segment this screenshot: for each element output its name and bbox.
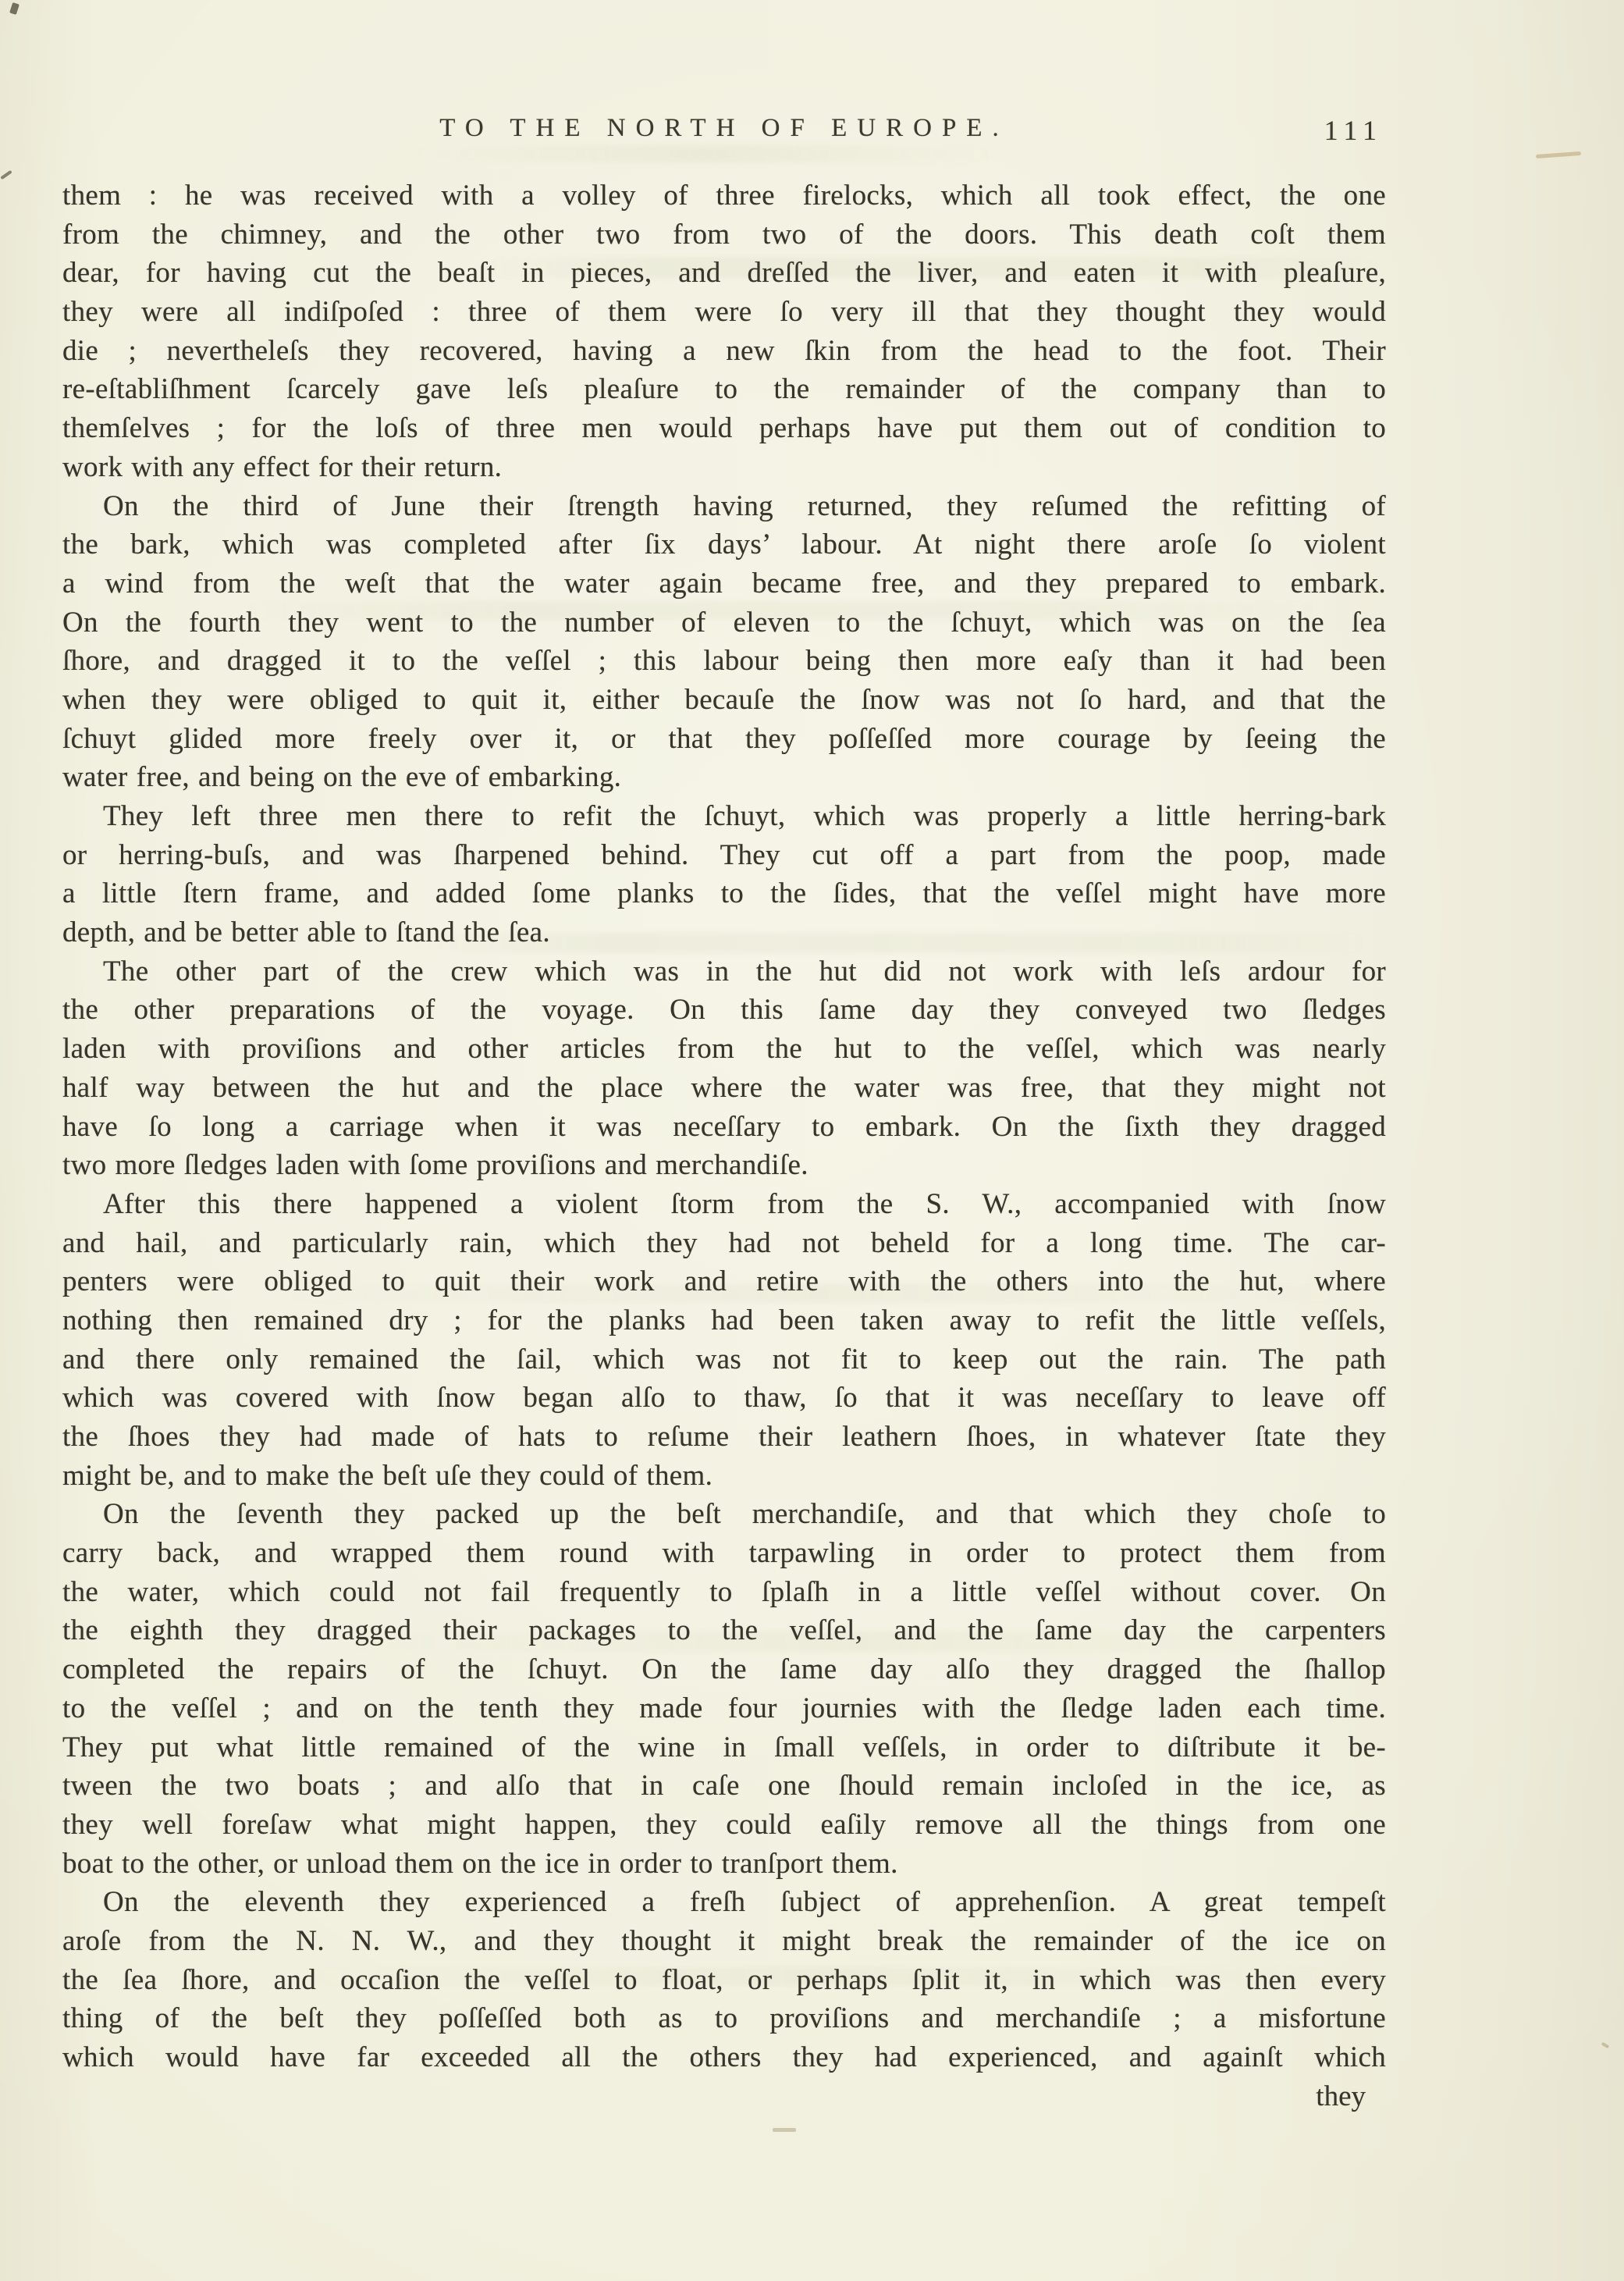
text-line: After this there happened a violent ſtor… bbox=[62, 1185, 1386, 1224]
text-line: the other preparations of the voyage. On… bbox=[62, 991, 1386, 1030]
paragraph: On the third of June their ſtrength havi… bbox=[62, 487, 1386, 798]
text-line: the eighth they dragged their packages t… bbox=[62, 1611, 1386, 1650]
text-line: penters were obliged to quit their work … bbox=[62, 1262, 1386, 1301]
margin-mark bbox=[1536, 151, 1581, 158]
text-line: to the veſſel ; and on the tenth they ma… bbox=[62, 1689, 1386, 1728]
text-line: They put what little remained of the win… bbox=[62, 1728, 1386, 1767]
text-line: a wind from the weſt that the water agai… bbox=[62, 564, 1386, 603]
text-line: On the fourth they went to the number of… bbox=[62, 603, 1386, 642]
text-line: nothing then remained dry ; for the plan… bbox=[62, 1301, 1386, 1340]
text-line: the ſea ſhore, and occaſion the veſſel t… bbox=[62, 1961, 1386, 2000]
text-line: might be, and to make the beſt uſe they … bbox=[62, 1457, 1386, 1496]
text-line: or herring-buſs, and was ſharpened behin… bbox=[62, 836, 1386, 875]
text-line: On the third of June their ſtrength havi… bbox=[62, 487, 1386, 526]
text-line: depth, and be better able to ſtand the ſ… bbox=[62, 913, 1386, 952]
text-line: the ſhoes they had made of hats to reſum… bbox=[62, 1418, 1386, 1457]
text-line: carry back, and wrapped them round with … bbox=[62, 1534, 1386, 1573]
text-line: ſhore, and dragged it to the veſſel ; th… bbox=[62, 642, 1386, 681]
text-line: laden with proviſions and other articles… bbox=[62, 1030, 1386, 1069]
text-line: half way between the hut and the place w… bbox=[62, 1069, 1386, 1108]
paragraph: After this there happened a violent ſtor… bbox=[62, 1185, 1386, 1496]
text-line: they well foreſaw what might happen, the… bbox=[62, 1806, 1386, 1845]
margin-mark bbox=[773, 2128, 796, 2132]
text-line: the water, which could not fail frequent… bbox=[62, 1573, 1386, 1612]
paragraph: them : he was received with a volley of … bbox=[62, 176, 1386, 487]
ink-speck bbox=[9, 2, 20, 15]
text-line: water free, and being on the eve of emba… bbox=[62, 758, 1386, 797]
paragraph: On the ſeventh they packed up the beſt m… bbox=[62, 1495, 1386, 1883]
text-line: the bark, which was completed after ſix … bbox=[62, 525, 1386, 564]
text-line: re-eſtabliſhment ſcarcely gave leſs plea… bbox=[62, 370, 1386, 409]
text-line: work with any effect for their return. bbox=[62, 448, 1386, 487]
text-line: when they were obliged to quit it, eithe… bbox=[62, 681, 1386, 720]
text-line: which was covered with ſnow began alſo t… bbox=[62, 1379, 1386, 1418]
paragraph: They left three men there to refit the ſ… bbox=[62, 797, 1386, 952]
text-line: a little ſtern frame, and added ſome pla… bbox=[62, 874, 1386, 913]
paragraph: On the eleventh they experienced a freſh… bbox=[62, 1883, 1386, 2076]
ink-speck bbox=[1601, 2042, 1610, 2048]
text-line: dear, for having cut the beaſt in pieces… bbox=[62, 254, 1386, 293]
book-page: TO THE NORTH OF EUROPE. 111 them : he wa… bbox=[0, 0, 1624, 2281]
running-head: TO THE NORTH OF EUROPE. 111 bbox=[62, 114, 1386, 150]
page-number: 111 bbox=[1324, 114, 1383, 147]
catchword: they bbox=[62, 2077, 1386, 2116]
text-line: On the eleventh they experienced a freſh… bbox=[62, 1883, 1386, 1922]
text-line: boat to the other, or unload them on the… bbox=[62, 1845, 1386, 1884]
page-text: them : he was received with a volley of … bbox=[62, 176, 1386, 2116]
ink-speck bbox=[0, 170, 12, 180]
text-line: tween the two boats ; and alſo that in c… bbox=[62, 1767, 1386, 1806]
running-title: TO THE NORTH OF EUROPE. bbox=[62, 114, 1386, 143]
text-line: thing of the beſt they poſſeſſed both as… bbox=[62, 1999, 1386, 2038]
text-line: and there only remained the ſail, which … bbox=[62, 1340, 1386, 1379]
text-line: die ; nevertheleſs they recovered, havin… bbox=[62, 332, 1386, 371]
text-line: On the ſeventh they packed up the beſt m… bbox=[62, 1495, 1386, 1534]
text-line: two more ſledges laden with ſome proviſi… bbox=[62, 1146, 1386, 1185]
text-line: The other part of the crew which was in … bbox=[62, 952, 1386, 991]
text-line: from the chimney, and the other two from… bbox=[62, 215, 1386, 254]
text-line: which would have far exceeded all the ot… bbox=[62, 2038, 1386, 2077]
text-line: aroſe from the N. N. W., and they though… bbox=[62, 1922, 1386, 1961]
text-line: ſchuyt glided more freely over it, or th… bbox=[62, 720, 1386, 759]
text-line: have ſo long a carriage when it was nece… bbox=[62, 1108, 1386, 1147]
text-line: themſelves ; for the loſs of three men w… bbox=[62, 409, 1386, 448]
text-line: completed the repairs of the ſchuyt. On … bbox=[62, 1650, 1386, 1689]
text-line: they were all indiſpoſed : three of them… bbox=[62, 293, 1386, 332]
text-line: They left three men there to refit the ſ… bbox=[62, 797, 1386, 836]
text-line: them : he was received with a volley of … bbox=[62, 176, 1386, 215]
text-line: and hail, and particularly rain, which t… bbox=[62, 1224, 1386, 1263]
paragraph: The other part of the crew which was in … bbox=[62, 952, 1386, 1185]
